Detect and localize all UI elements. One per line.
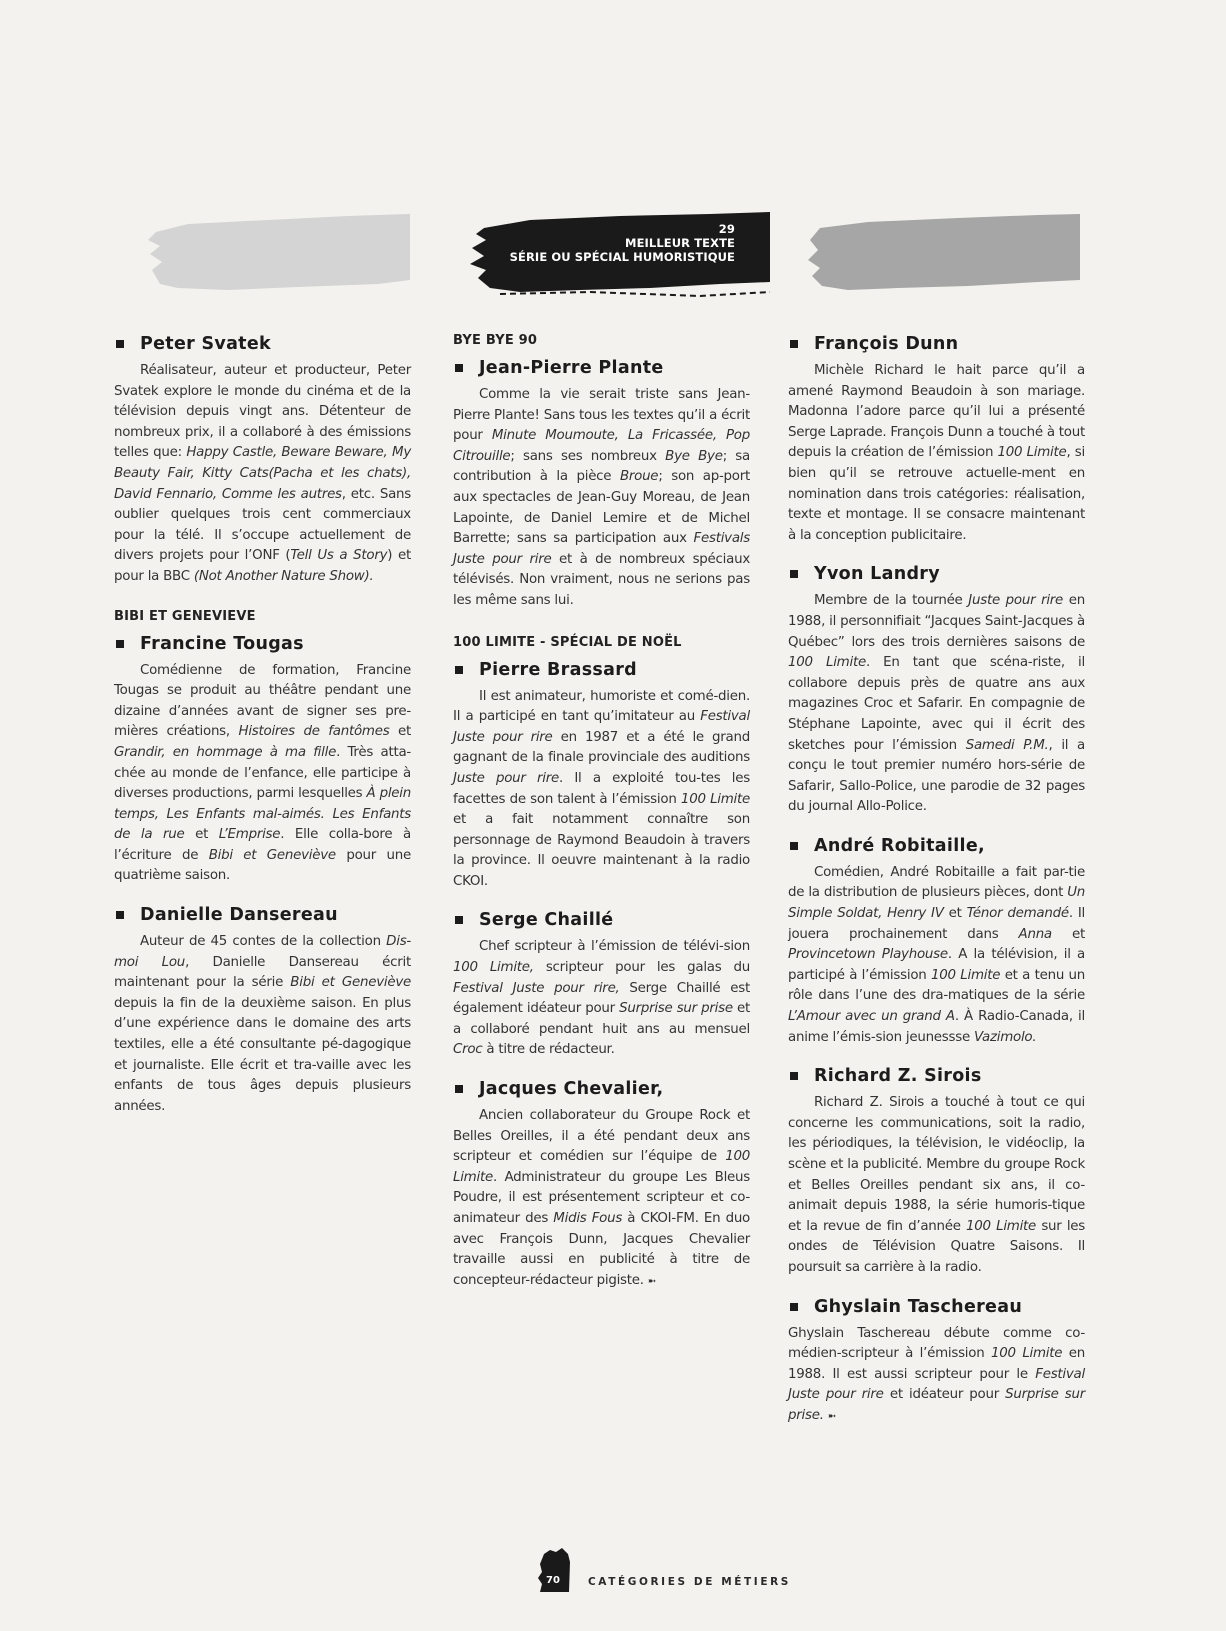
show-title: 100 LIMITE - SPÉCIAL DE NOËL <box>453 634 750 652</box>
continued-arrow-icon: ➼ <box>648 1276 654 1287</box>
column-2: BYE BYE 90 Jean-Pierre Plante Comme la v… <box>453 332 750 1308</box>
square-bullet-icon <box>116 640 124 648</box>
square-bullet-icon <box>455 666 463 674</box>
nominee-name: Peter Svatek <box>114 332 411 356</box>
column-1: Peter Svatek Réalisateur, auteur et prod… <box>114 332 411 1133</box>
nominee-bio: Comme la vie serait triste sans Jean-Pie… <box>453 385 750 612</box>
nominee-entry: André Robitaille, Comédien, André Robita… <box>788 834 1085 1048</box>
nominee-bio: Il est animateur, humoriste et comé-dien… <box>453 687 750 893</box>
nominee-name: Jean-Pierre Plante <box>453 356 750 380</box>
nominee-entry: Yvon Landry Membre de la tournée Juste p… <box>788 562 1085 818</box>
column-3: François Dunn Michèle Richard le hait pa… <box>788 332 1085 1444</box>
square-bullet-icon <box>116 911 124 919</box>
nominee-bio: Richard Z. Sirois a touché à tout ce qui… <box>788 1093 1085 1278</box>
nominee-name: Pierre Brassard <box>453 658 750 682</box>
nominee-name: André Robitaille, <box>788 834 1085 858</box>
nominee-name: Richard Z. Sirois <box>788 1064 1085 1088</box>
square-bullet-icon <box>455 364 463 372</box>
nominee-entry: Serge Chaillé Chef scripteur à l’émissio… <box>453 908 750 1061</box>
nominee-bio: Ancien collaborateur du Groupe Rock et B… <box>453 1106 750 1292</box>
nominee-entry: Richard Z. Sirois Richard Z. Sirois a to… <box>788 1064 1085 1278</box>
continued-arrow-icon: ➼ <box>828 1411 834 1422</box>
nominee-entry: François Dunn Michèle Richard le hait pa… <box>788 332 1085 546</box>
square-bullet-icon <box>790 570 798 578</box>
nominee-bio: Auteur de 45 contes de la collection Dis… <box>114 932 411 1117</box>
nominee-entry: Jacques Chevalier, Ancien collaborateur … <box>453 1077 750 1292</box>
category-title: MEILLEUR TEXTE <box>510 236 735 250</box>
nominee-bio: Comédienne de formation, Francine Tougas… <box>114 661 411 888</box>
category-subtitle: SÉRIE OU SPÉCIAL HUMORISTIQUE <box>510 250 735 264</box>
nominee-bio: Ghyslain Taschereau débute comme co-médi… <box>788 1324 1085 1428</box>
nominee-bio: Membre de la tournée Juste pour rire en … <box>788 591 1085 818</box>
nominee-entry: Jean-Pierre Plante Comme la vie serait t… <box>453 356 750 612</box>
category-header-banner: 29 MEILLEUR TEXTE SÉRIE OU SPÉCIAL HUMOR… <box>470 208 785 300</box>
square-bullet-icon <box>790 340 798 348</box>
square-bullet-icon <box>790 842 798 850</box>
nominee-name: Francine Tougas <box>114 632 411 656</box>
show-title: BIBI ET GENEVIEVE <box>114 608 411 626</box>
show-title: BYE BYE 90 <box>453 332 750 350</box>
nominee-bio: Réalisateur, auteur et producteur, Peter… <box>114 361 411 588</box>
nominee-bio: Chef scripteur à l’émission de télévi-si… <box>453 937 750 1061</box>
category-number: 29 <box>510 222 735 236</box>
nominee-name: Ghyslain Taschereau <box>788 1295 1085 1319</box>
nominee-name: François Dunn <box>788 332 1085 356</box>
nominee-name: Serge Chaillé <box>453 908 750 932</box>
nominee-name: Jacques Chevalier, <box>453 1077 750 1101</box>
square-bullet-icon <box>455 916 463 924</box>
nominee-bio: Comédien, André Robitaille a fait par-ti… <box>788 863 1085 1048</box>
nominee-entry: Ghyslain Taschereau Ghyslain Taschereau … <box>788 1295 1085 1428</box>
square-bullet-icon <box>116 340 124 348</box>
nominee-entry: Francine Tougas Comédienne de formation,… <box>114 632 411 888</box>
page-number: 70 <box>546 1575 560 1586</box>
square-bullet-icon <box>455 1085 463 1093</box>
square-bullet-icon <box>790 1072 798 1080</box>
square-bullet-icon <box>790 1303 798 1311</box>
page-footer: 70 CATÉGORIES DE MÉTIERS <box>538 1548 791 1592</box>
nominee-entry: Danielle Dansereau Auteur de 45 contes d… <box>114 903 411 1117</box>
nominee-name: Yvon Landry <box>788 562 1085 586</box>
nominee-bio: Michèle Richard le hait parce qu’il a am… <box>788 361 1085 546</box>
decorative-brush-left <box>148 210 413 295</box>
nominee-entry: Peter Svatek Réalisateur, auteur et prod… <box>114 332 411 588</box>
section-label: CATÉGORIES DE MÉTIERS <box>588 1576 791 1588</box>
nominee-name: Danielle Dansereau <box>114 903 411 927</box>
page-number-badge: 70 <box>538 1548 572 1592</box>
decorative-brush-right <box>808 210 1083 295</box>
nominee-entry: Pierre Brassard Il est animateur, humori… <box>453 658 750 893</box>
